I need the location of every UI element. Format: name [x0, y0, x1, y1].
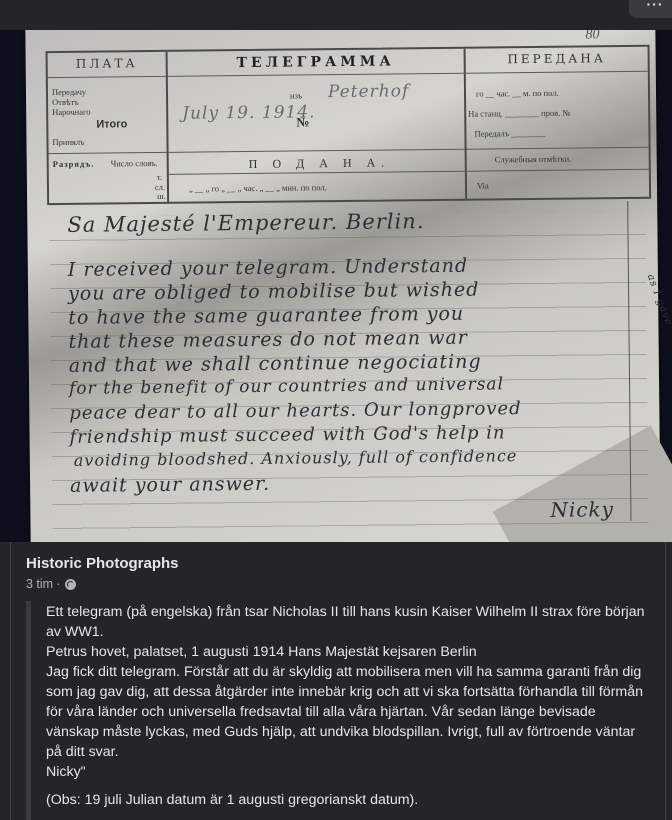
form-col-peredana: ПЕРЕДАНА го __ час. __ м. по пол. На ста…: [466, 47, 650, 199]
form-col-telegramma: ТЕЛЕГРАММА изъ № П О Д А Н А. „ __ „ го …: [168, 49, 468, 202]
post-body: Ett telegram (på engelska) från tsar Nic…: [46, 602, 646, 810]
post-paragraph: Petrus hovet, palatset, 1 augusti 1914 H…: [46, 642, 646, 662]
post-photo[interactable]: 80 ПЛАТА Передачу Отвѣтъ Нарочнаго Итого…: [0, 30, 672, 542]
handwritten-date: July 19. 1914.: [182, 102, 316, 123]
form-col-plata: ПЛАТА Передачу Отвѣтъ Нарочнаго Итого Пр…: [48, 52, 170, 203]
signature: Nicky: [550, 497, 614, 522]
margin-note: as I gave: [645, 273, 672, 328]
post-paragraph: Nicky": [46, 762, 646, 782]
globe-icon[interactable]: [65, 579, 76, 590]
plata-header: ПЛАТА: [48, 56, 166, 71]
post-paragraph: Jag fick ditt telegram. Förstår att du ä…: [46, 662, 646, 762]
meta-separator: ·: [56, 577, 60, 591]
post-meta: 3 tim ·: [26, 577, 76, 591]
handwritten-place: Peterhof: [328, 81, 409, 102]
telegram-form: ПЛАТА Передачу Отвѣтъ Нарочнаго Итого Пр…: [46, 45, 652, 205]
peredana-header: ПЕРЕДАНА: [466, 51, 648, 67]
telegramma-header: ТЕЛЕГРАММА: [168, 53, 464, 72]
corner-note: 80: [585, 30, 599, 43]
page-name-link[interactable]: Historic Photographs: [26, 555, 179, 572]
top-bar: ···: [0, 0, 672, 30]
telegram-paper: 80 ПЛАТА Передачу Отвѣтъ Нарочнаго Итого…: [25, 30, 660, 542]
quote-bar: [26, 601, 31, 820]
ellipsis-icon: ···: [647, 0, 664, 12]
post-timestamp[interactable]: 3 tim: [26, 577, 53, 591]
post-paragraph: Ett telegram (på engelska) från tsar Nic…: [46, 602, 646, 642]
post-paragraph: (Obs: 19 juli Julian datum är 1 augusti …: [46, 790, 646, 810]
more-options-button[interactable]: ···: [629, 0, 672, 18]
